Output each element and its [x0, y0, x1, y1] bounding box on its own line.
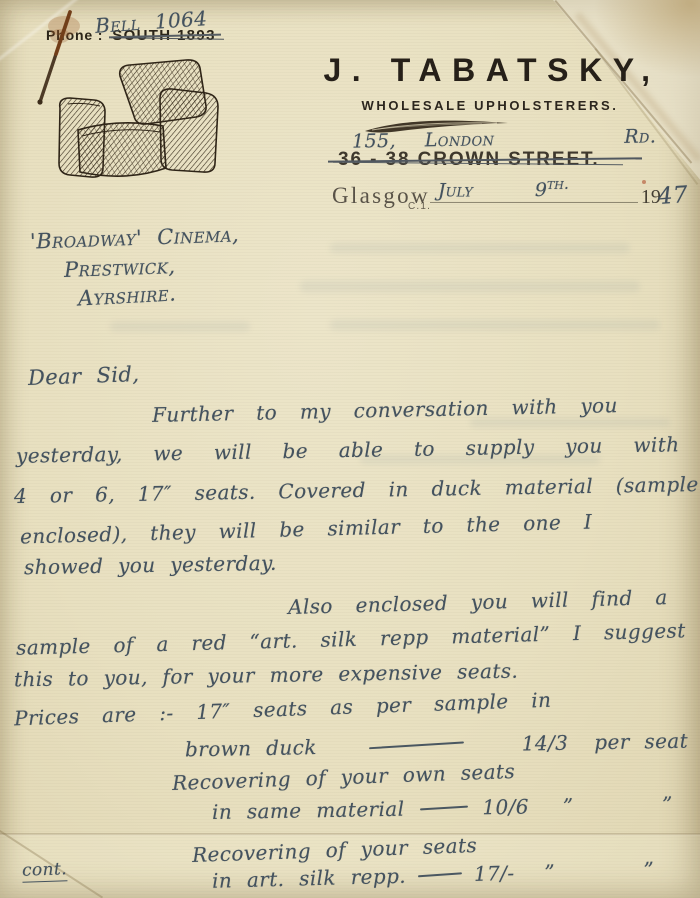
- company-subtitle: WHOLESALE UPHOLSTERERS.: [330, 98, 650, 113]
- body-line: Prices are :- 17″ seats as per sample in: [14, 688, 552, 731]
- body-line: 4 or 6, 17″ seats. Covered in duck mater…: [14, 472, 699, 508]
- price-row: in same material 10/6 ” ”: [212, 792, 673, 824]
- price-value: 14/3: [522, 731, 569, 756]
- fold-shadow: [0, 833, 700, 836]
- price-item-label: in art. silk repp.: [212, 864, 407, 893]
- body-line: Also enclosed you will find a: [288, 585, 668, 619]
- salutation: Dear Sid,: [28, 362, 140, 390]
- price-item-label: brown duck: [185, 735, 317, 761]
- recipient-line-3: Ayrshire.: [77, 281, 176, 310]
- pen-dash: [418, 872, 462, 877]
- address-old-struck: 36 - 38 CROWN STREET.: [338, 149, 600, 171]
- date-day: 9: [535, 179, 547, 201]
- date-rule: July9th.: [430, 176, 638, 203]
- continuation-label: cont.: [22, 859, 68, 883]
- continuation-note: cont.: [22, 855, 68, 881]
- address-handwritten: 155, London Rd.: [352, 125, 657, 152]
- date-month: July9th.: [438, 174, 569, 201]
- body-line: sample of a red “art. silk repp material…: [16, 618, 686, 660]
- price-value: 10/6: [482, 794, 529, 819]
- bleed-through: [330, 243, 630, 253]
- body-line: Further to my conversation with you: [152, 393, 618, 427]
- bleed-through: [300, 281, 640, 292]
- armchair-logo-icon: [48, 58, 238, 193]
- pen-dash: [420, 806, 468, 811]
- recipient-line-2: Prestwick,: [64, 254, 176, 282]
- price-item-label: Recovering of your seats: [192, 833, 478, 867]
- price-row: brown duck 14/3 per seat: [185, 729, 688, 762]
- bleed-through: [110, 322, 250, 331]
- date-line: Glasgow July9th. 19 47: [332, 176, 688, 209]
- year-handwritten: 47: [657, 182, 689, 210]
- postal-district: C.1.: [408, 201, 431, 212]
- company-name: J. TABATSKY,: [318, 52, 666, 89]
- price-value: 17/-: [474, 861, 515, 886]
- recipient-line-1: 'Broadway' Cinema,: [30, 222, 240, 253]
- rusty-pin-icon: [26, 6, 86, 111]
- date-day-suffix: th.: [547, 174, 569, 193]
- bleed-through: [330, 320, 660, 330]
- body-line: yesterday, we will be able to supply you…: [16, 432, 680, 468]
- letter-page: Phone : SOUTH 1893 Bell 1064 J. TABATSK: [0, 0, 700, 898]
- body-line: this to you, for your more expensive sea…: [14, 659, 519, 692]
- body-line: showed you yesterday.: [24, 551, 277, 579]
- ditto-marks: ” ”: [544, 857, 654, 884]
- price-unit: per seat: [594, 729, 688, 755]
- price-item-label: in same material: [212, 797, 405, 824]
- body-line: enclosed), they will be similar to the o…: [20, 510, 593, 549]
- pen-dash: [369, 741, 464, 749]
- price-item-label: Recovering of your own seats: [172, 759, 516, 795]
- ditto-marks: ” ”: [563, 792, 673, 818]
